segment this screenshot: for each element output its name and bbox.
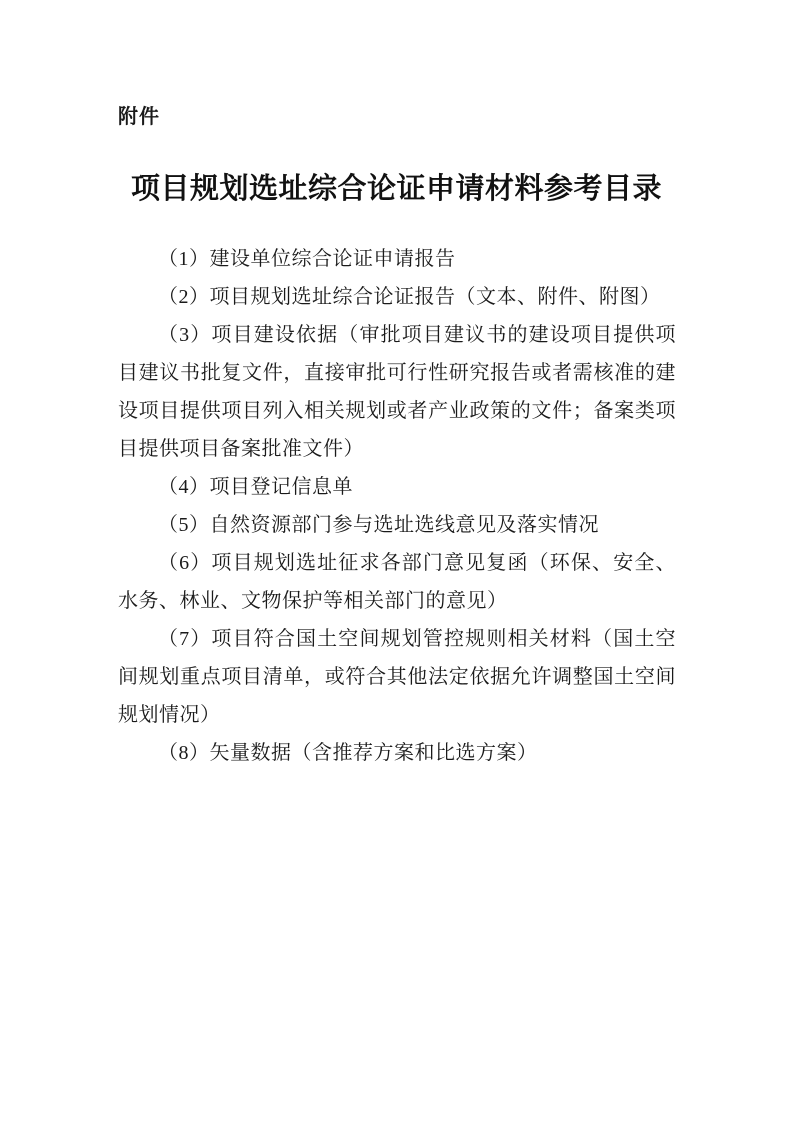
list-item-1: （1）建设单位综合论证申请报告 [118,240,676,278]
document-page: 附件 项目规划选址综合论证申请材料参考目录 （1）建设单位综合论证申请报告 （2… [0,0,793,1122]
list-item-7: （7）项目符合国土空间规划管控规则相关材料（国土空间规划重点项目清单，或符合其他… [118,620,676,734]
attachment-label: 附件 [118,100,160,129]
list-item-2: （2）项目规划选址综合论证报告（文本、附件、附图） [118,278,676,316]
list-item-8: （8）矢量数据（含推荐方案和比选方案） [118,734,676,772]
page-title: 项目规划选址综合论证申请材料参考目录 [0,166,793,207]
list-item-4: （4）项目登记信息单 [118,468,676,506]
document-body: （1）建设单位综合论证申请报告 （2）项目规划选址综合论证报告（文本、附件、附图… [118,240,676,772]
list-item-5: （5）自然资源部门参与选址选线意见及落实情况 [118,506,676,544]
list-item-3: （3）项目建设依据（审批项目建议书的建设项目提供项目建议书批复文件，直接审批可行… [118,316,676,468]
list-item-6: （6）项目规划选址征求各部门意见复函（环保、安全、水务、林业、文物保护等相关部门… [118,544,676,620]
